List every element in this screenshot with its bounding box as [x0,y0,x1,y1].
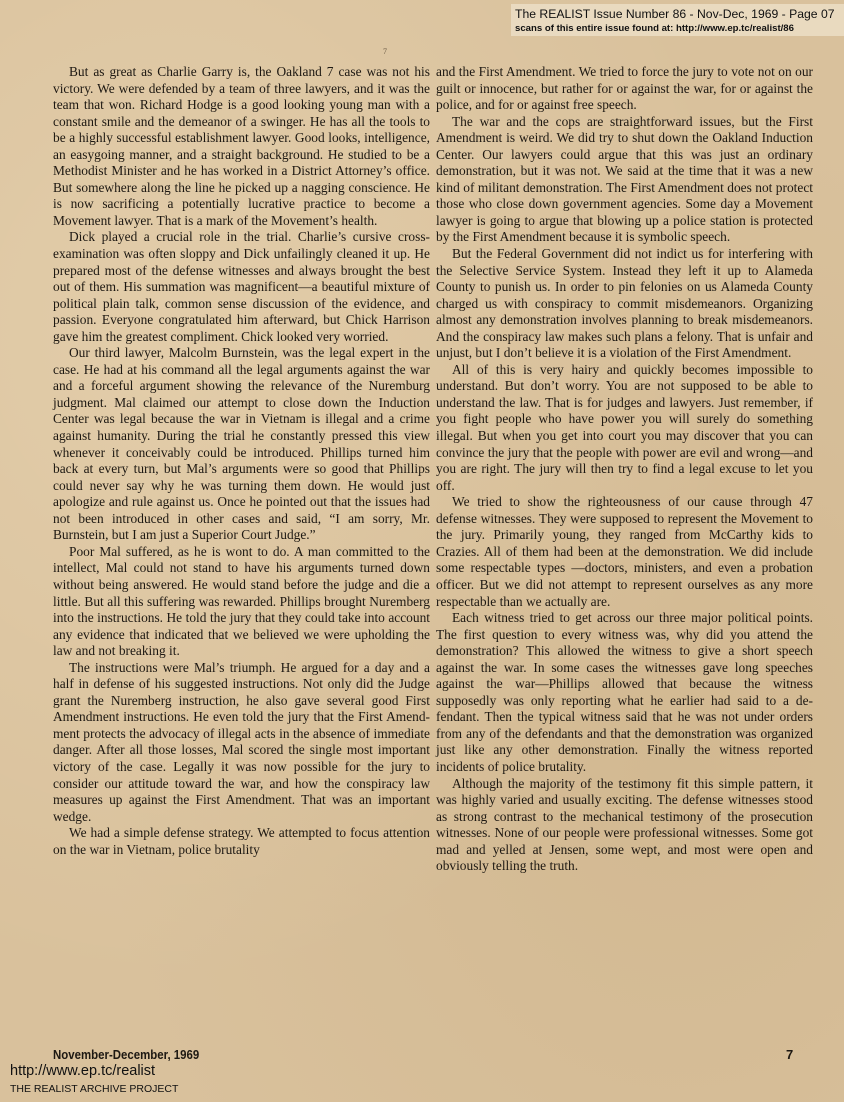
page-mark: 7 [383,47,387,56]
paragraph: All of this is very hairy and quickly be… [436,362,813,494]
paragraph: Our third lawyer, Malcolm Burnstein, was… [53,345,430,544]
issue-title: The REALIST Issue Number 86 - Nov-Dec, 1… [515,7,835,21]
paragraph: Dick played a crucial role in the trial.… [53,229,430,345]
paragraph: The instructions were Mal’s triumph. He … [53,660,430,825]
paragraph: Each witness tried to get across our thr… [436,610,813,775]
archive-url-link[interactable]: http://www.ep.tc/realist [10,1063,155,1079]
article-column-right: and the First Amendment. We tried to for… [436,64,813,875]
paragraph: But the Federal Government did not indic… [436,246,813,362]
issue-source-note: scans of this entire issue found at: htt… [515,23,794,34]
paragraph: But as great as Charlie Garry is, the Oa… [53,64,430,229]
paragraph: Poor Mal suffered, as he is wont to do. … [53,544,430,660]
footer-issue-date: November-December, 1969 [53,1047,199,1062]
paragraph-continuation: and the First Amendment. We tried to for… [436,64,813,114]
paragraph: The war and the cops are straightforward… [436,114,813,246]
archive-project-label: THE REALIST ARCHIVE PROJECT [10,1083,178,1095]
paragraph: We had a simple defense strategy. We att… [53,825,430,858]
paragraph: We tried to show the righteousness of ou… [436,494,813,610]
archive-header: The REALIST Issue Number 86 - Nov-Dec, 1… [511,4,844,36]
footer-page-number: 7 [786,1047,793,1062]
article-column-left: But as great as Charlie Garry is, the Oa… [53,64,430,858]
paragraph: Although the majority of the testimony f… [436,776,813,875]
